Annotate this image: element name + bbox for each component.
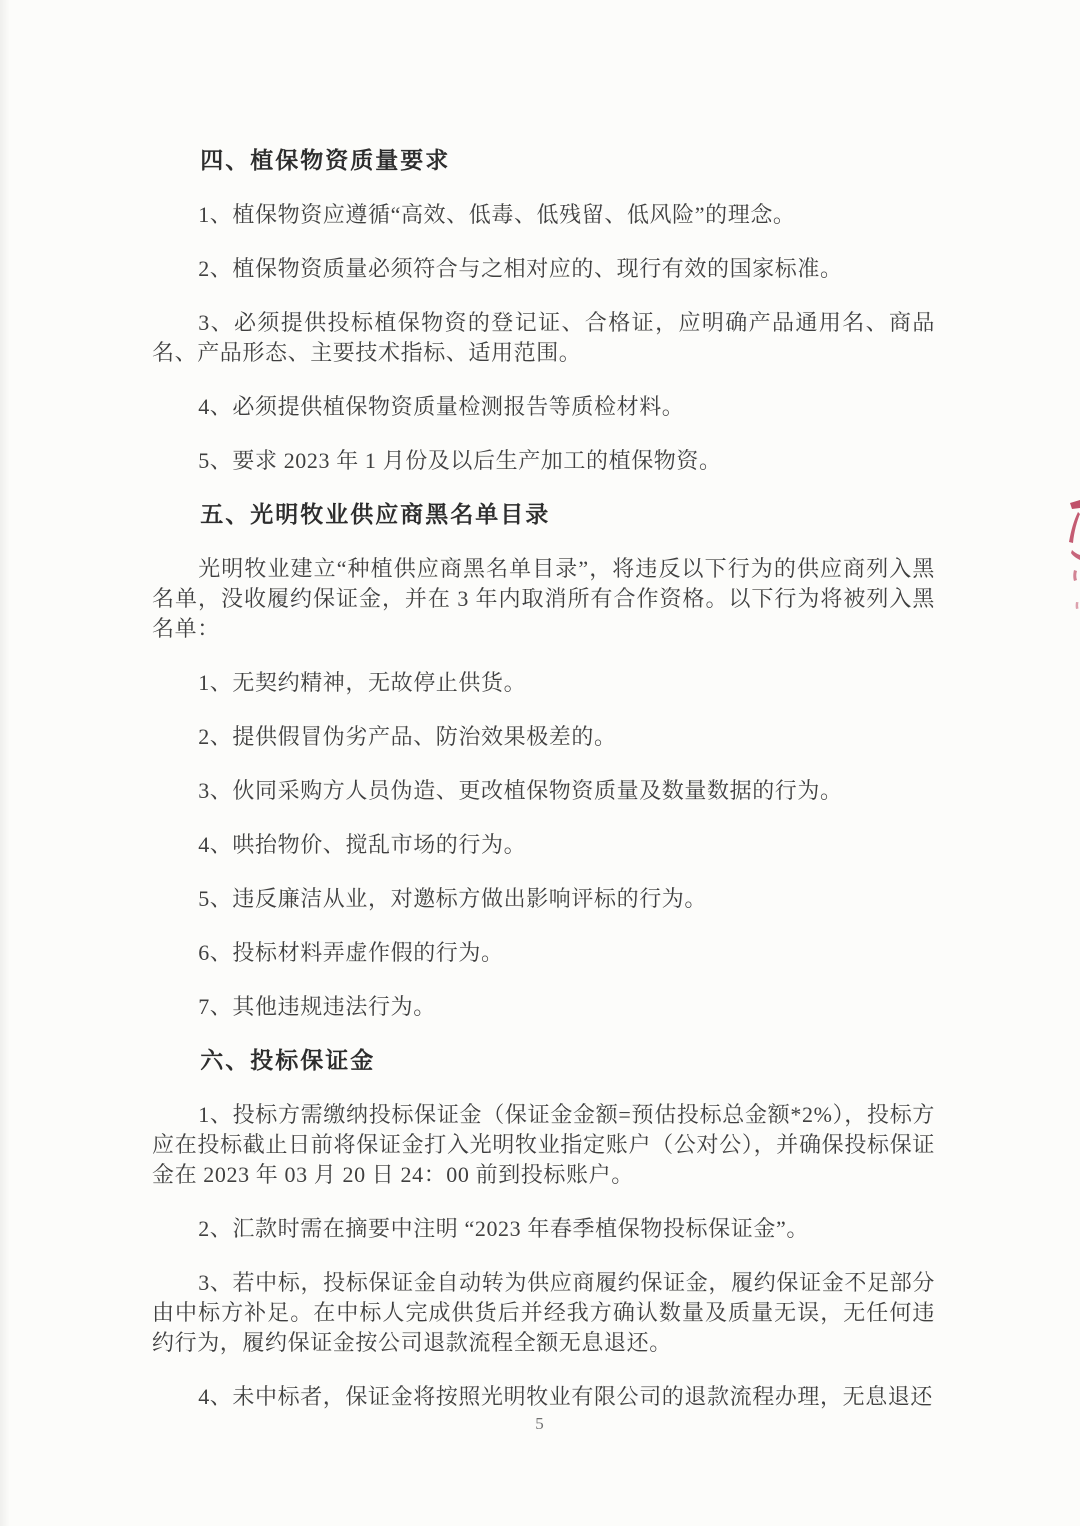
paragraph: 3、伙同采购方人员伪造、更改植保物资质量及数量数据的行为。 [152, 776, 935, 806]
page-number: 5 [0, 1414, 1080, 1434]
paragraph: 1、无契约精神，无故停止供货。 [152, 668, 935, 698]
paragraph: 3、必须提供投标植保物资的登记证、合格证，应明确产品通用名、商品名、产品形态、主… [152, 308, 935, 368]
paragraph: 4、哄抬物价、搅乱市场的行为。 [152, 830, 935, 860]
paragraph: 4、必须提供植保物资质量检测报告等质检材料。 [152, 392, 935, 422]
paragraph: 2、汇款时需在摘要中注明 “2023 年春季植保物投标保证金”。 [152, 1214, 935, 1244]
paragraph: 1、植保物资应遵循“高效、低毒、低残留、低风险”的理念。 [152, 200, 935, 230]
paragraph: 2、提供假冒伪劣产品、防治效果极差的。 [152, 722, 935, 752]
paragraph: 5、要求 2023 年 1 月份及以后生产加工的植保物资。 [152, 446, 935, 476]
section-heading: 六、投标保证金 [152, 1046, 935, 1076]
paragraph: 光明牧业建立“种植供应商黑名单目录”，将违反以下行为的供应商列入黑名单，没收履约… [152, 554, 935, 644]
section-heading: 五、光明牧业供应商黑名单目录 [152, 500, 935, 530]
document-body: 四、植保物资质量要求1、植保物资应遵循“高效、低毒、低残留、低风险”的理念。2、… [0, 0, 1080, 1436]
paragraph: 6、投标材料弄虚作假的行为。 [152, 938, 935, 968]
document-page: 四、植保物资质量要求1、植保物资应遵循“高效、低毒、低残留、低风险”的理念。2、… [0, 0, 1080, 1526]
paragraph: 2、植保物资质量必须符合与之相对应的、现行有效的国家标准。 [152, 254, 935, 284]
paragraph: 3、若中标，投标保证金自动转为供应商履约保证金，履约保证金不足部分由中标方补足。… [152, 1268, 935, 1358]
paragraph: 7、其他违规违法行为。 [152, 992, 935, 1022]
paragraph: 4、未中标者，保证金将按照光明牧业有限公司的退款流程办理，无息退还 [152, 1382, 935, 1412]
paragraph: 5、违反廉洁从业，对邀标方做出影响评标的行为。 [152, 884, 935, 914]
section-heading: 四、植保物资质量要求 [152, 146, 935, 176]
paragraph: 1、投标方需缴纳投标保证金（保证金金额=预估投标总金额*2%），投标方应在投标截… [152, 1100, 935, 1190]
